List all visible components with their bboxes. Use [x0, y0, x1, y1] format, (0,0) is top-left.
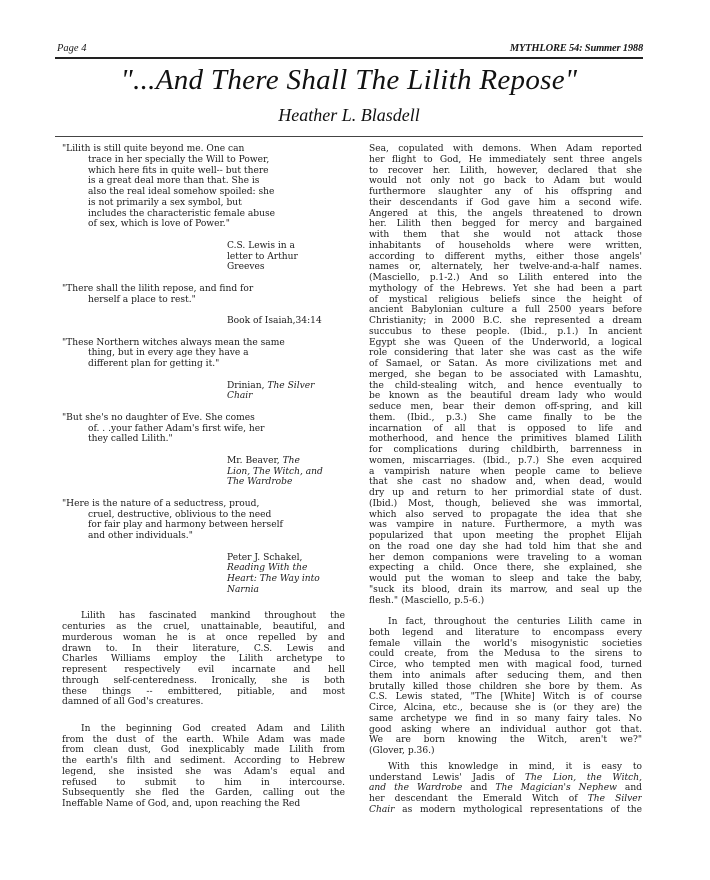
attribution-line: C.S. Lewis in a — [62, 241, 345, 252]
epigraph-line: includes the characteristic female abuse — [62, 209, 345, 220]
paragraph-line: With this knowledge in mind, it is easy … — [369, 762, 642, 773]
epigraph-attribution: Drinian, The SilverChair — [62, 381, 345, 403]
paragraph-line: popularized that upon meeting the prophe… — [369, 531, 642, 542]
italic-text: Reading With the — [227, 563, 307, 573]
paragraph-line: for complications during childbirth, bar… — [369, 445, 642, 456]
paragraph-line: her. Lilith then begged for mercy and ba… — [369, 219, 642, 230]
attribution-line: Lion, The Witch, and — [62, 467, 345, 478]
paragraph-line: C.S. Lewis stated, "The [White] Witch is… — [369, 692, 642, 703]
attribution-line: Peter J. Schakel, — [62, 553, 345, 564]
epigraph: "These Northern witches always mean the … — [62, 338, 345, 403]
paragraph-line: flesh." (Masciello, p.5-6.) — [369, 596, 642, 607]
text-run: Book of Isaiah,34:14 — [227, 316, 322, 326]
paragraph-line: and the Wardrobe and The Magician's Neph… — [369, 783, 642, 794]
text-run: and — [617, 783, 642, 793]
paragraph-line: Chair as modern mythological representat… — [369, 805, 642, 816]
body-paragraph: Lilith has fascinated mankind throughout… — [62, 611, 345, 708]
epigraph-line: "Here is the nature of a seductress, pro… — [62, 499, 345, 510]
italic-text: The Magician's Nephew — [495, 783, 616, 793]
paragraph-line: (Ibid.) Most, though, believed she was i… — [369, 499, 642, 510]
paragraph-line: refused to submit to him in intercourse. — [62, 778, 345, 789]
epigraph-line: which here fits in quite well-- but ther… — [62, 166, 345, 177]
italic-text: Chair — [227, 391, 253, 401]
paragraph-line: expecting a child. Once there, she expla… — [369, 563, 642, 574]
text-run: her descendant the Emerald Witch of — [369, 794, 588, 804]
paragraph-line: incarnation of all that is opposed to li… — [369, 424, 642, 435]
epigraph-line: "Lilith is still quite beyond me. One ca… — [62, 144, 345, 155]
body-paragraph: In the beginning God created Adam and Li… — [62, 724, 345, 810]
epigraph-attribution: C.S. Lewis in aletter to ArthurGreeves — [62, 241, 345, 273]
paragraph-line: Egypt she was Queen of the Underworld, a… — [369, 338, 642, 349]
paragraph-line: from clean dust, God inexplicably made L… — [62, 745, 345, 756]
paragraph-line: Sea, copulated with demons. When Adam re… — [369, 144, 642, 155]
paragraph-line: legend, she insisted she was Adam's equa… — [62, 767, 345, 778]
epigraph-line: "But she's no daughter of Eve. She comes — [62, 413, 345, 424]
right-column: Sea, copulated with demons. When Adam re… — [369, 144, 642, 816]
paragraph-line: succubus to these people. (Ibid., p.1.) … — [369, 327, 642, 338]
spacer — [62, 230, 345, 241]
paragraph-line: murderous woman he is at once repelled b… — [62, 633, 345, 644]
paragraph-line: In fact, throughout the centuries Lilith… — [369, 617, 642, 628]
paragraph-line: Charles Williams employ the Lilith arche… — [62, 654, 345, 665]
epigraph: "Here is the nature of a seductress, pro… — [62, 499, 345, 596]
paragraph-line: same archetype we find in so many fairy … — [369, 714, 642, 725]
text-run: Greeves — [227, 262, 265, 272]
paragraph-line: We are born knowing the Witch, aren't we… — [369, 735, 642, 746]
paragraph-line: "suck its blood, drain its marrow, and s… — [369, 585, 642, 596]
italic-text: Lion, The Witch, and — [227, 467, 323, 477]
header-rule — [55, 57, 643, 59]
paragraph-line: furthermore slaughter any of his offspri… — [369, 187, 642, 198]
paragraph-line: Circe, who tempted men with magical food… — [369, 660, 642, 671]
body-paragraph: Sea, copulated with demons. When Adam re… — [369, 144, 642, 606]
italic-text: Narnia — [227, 585, 259, 595]
paragraph-line: female villain the world's misogynistic … — [369, 639, 642, 650]
epigraph-attribution: Peter J. Schakel,Reading With theHeart: … — [62, 553, 345, 596]
attribution-line: Narnia — [62, 585, 345, 596]
paragraph-line: a vampirish nature when people came to b… — [369, 467, 642, 478]
text-run: Peter J. Schakel, — [227, 553, 302, 563]
text-run: Drinian, — [227, 381, 267, 391]
paragraph-line: drawn to. In their literature, C.S. Lewi… — [62, 644, 345, 655]
text-run: Mr. Beaver, — [227, 456, 283, 466]
spacer — [62, 445, 345, 456]
paragraph-line: Angered at this, the angels threatened t… — [369, 209, 642, 220]
attribution-line: Book of Isaiah,34:14 — [62, 316, 345, 327]
paragraph-line: from the dust of the earth. While Adam w… — [62, 735, 345, 746]
epigraph-line: herself a place to rest." — [62, 295, 345, 306]
italic-text: The Wardrobe — [227, 477, 292, 487]
article-author: Heather L. Blasdell — [55, 101, 643, 129]
spacer — [62, 708, 345, 719]
attribution-line: Mr. Beaver, The — [62, 456, 345, 467]
attribution-line: Reading With the — [62, 563, 345, 574]
epigraph-line: "There shall the lilith repose, and find… — [62, 284, 345, 295]
epigraph-line: different plan for getting it." — [62, 359, 345, 370]
spacer — [62, 327, 345, 338]
paragraph-line: which also served to propagate the idea … — [369, 510, 642, 521]
attribution-line: Chair — [62, 391, 345, 402]
paragraph-line: her demon companions were traveling to a… — [369, 553, 642, 564]
epigraph-attribution: Book of Isaiah,34:14 — [62, 316, 345, 327]
spacer — [62, 542, 345, 553]
paragraph-line: dry up and return to her primordial stat… — [369, 488, 642, 499]
epigraph-line: is not primarily a sex symbol, but — [62, 198, 345, 209]
paragraph-line: Ineffable Name of God, and, upon reachin… — [62, 799, 345, 810]
spacer — [369, 606, 642, 617]
paragraph-line: them. (Ibid., p.3.) She came finally to … — [369, 413, 642, 424]
epigraph-line: also the real ideal somehow spoiled: she — [62, 187, 345, 198]
paragraph-line: would not only not go back to Adam but w… — [369, 176, 642, 187]
text-run: letter to Arthur — [227, 252, 298, 262]
attribution-line: Heart: The Way into — [62, 574, 345, 585]
paragraph-line: would put the woman to sleep and take th… — [369, 574, 642, 585]
spacer — [62, 596, 345, 607]
text-run: With this knowledge in mind, it is easy … — [388, 762, 642, 772]
text-run: and — [462, 783, 495, 793]
paragraph-line: In the beginning God created Adam and Li… — [62, 724, 345, 735]
italic-text: and the Wardrobe — [369, 783, 462, 793]
paragraph-line: brutally killed those children she bore … — [369, 682, 642, 693]
epigraph-line: cruel, destructive, oblivious to the nee… — [62, 510, 345, 521]
paragraph-line: through self-centeredness. Ironically, s… — [62, 676, 345, 687]
journal-issue: MYTHLORE 54: Summer 1988 — [510, 43, 643, 54]
paragraph-line: Christianity; in 2000 B.C. she represent… — [369, 316, 642, 327]
paragraph-line: mythology of the Hebrews. Yet she had be… — [369, 284, 642, 295]
epigraph-line: they called Lilith." — [62, 434, 345, 445]
paragraph-line: role considering that later she was cast… — [369, 348, 642, 359]
epigraph-line: is a great deal more than that. She is — [62, 176, 345, 187]
italic-text: The — [283, 456, 300, 466]
paragraph-line: centuries as the cruel, unattainable, be… — [62, 622, 345, 633]
attribution-line: Drinian, The Silver — [62, 381, 345, 392]
paragraph-line: on the road one day she had told him tha… — [369, 542, 642, 553]
body-paragraph: In fact, throughout the centuries Lilith… — [369, 617, 642, 757]
spacer — [62, 305, 345, 316]
spacer — [62, 488, 345, 499]
spacer — [62, 402, 345, 413]
paragraph-line: to recover her. Lilith, however, declare… — [369, 166, 642, 177]
paragraph-line: with them that she would not attack thos… — [369, 230, 642, 241]
spacer — [62, 370, 345, 381]
paragraph-line: these things -- embittered, pitiable, an… — [62, 687, 345, 698]
paragraph-line: represent respectively evil incarnate an… — [62, 665, 345, 676]
italic-text: The Silver — [588, 794, 642, 804]
epigraph-line: thing, but in every age they have a — [62, 348, 345, 359]
paragraph-line: merged, she began to be associated with … — [369, 370, 642, 381]
paragraph-line: their descendants if God gave him a seco… — [369, 198, 642, 209]
paragraph-line: names or, alternately, her twelve-and-a-… — [369, 262, 642, 273]
italic-text: Chair — [369, 805, 395, 815]
paragraph-line: women, miscarriages. (Ibid., p.7.) She e… — [369, 456, 642, 467]
paragraph-line: understand Lewis' Jadis of The Lion, the… — [369, 773, 642, 784]
epigraph-line: for fair play and harmony between hersel… — [62, 520, 345, 531]
page-number: Page 4 — [57, 43, 86, 54]
paragraph-line: both legend and literature to encompass … — [369, 628, 642, 639]
title-rule — [55, 136, 643, 137]
paragraph-line: the earth's filth and sediment. Accordin… — [62, 756, 345, 767]
epigraph: "Lilith is still quite beyond me. One ca… — [62, 144, 345, 273]
paragraph-line: (Masciello, p.1-2.) And so Lilith entere… — [369, 273, 642, 284]
epigraph-attribution: Mr. Beaver, TheLion, The Witch, andThe W… — [62, 456, 345, 488]
epigraph: "But she's no daughter of Eve. She comes… — [62, 413, 345, 488]
epigraph-line: trace in her specially the Will to Power… — [62, 155, 345, 166]
paragraph-line: her flight to God, He immediately sent t… — [369, 155, 642, 166]
paragraph-line: of mystical religious beliefs since the … — [369, 295, 642, 306]
italic-text: Heart: The Way into — [227, 574, 320, 584]
paragraph-line: Lilith has fascinated mankind throughout… — [62, 611, 345, 622]
attribution-line: The Wardrobe — [62, 477, 345, 488]
paragraph-line: damned of all God's creatures. — [62, 697, 345, 708]
epigraph: "There shall the lilith repose, and find… — [62, 284, 345, 327]
attribution-line: letter to Arthur — [62, 252, 345, 263]
paragraph-line: them into animals after seducing them, a… — [369, 671, 642, 682]
epigraph-line: and other individuals." — [62, 531, 345, 542]
epigraph-line: "These Northern witches always mean the … — [62, 338, 345, 349]
paragraph-line: could create, from the Medusa to the sir… — [369, 649, 642, 660]
paragraph-line: be known as the beautiful dream lady who… — [369, 391, 642, 402]
italic-text: The Silver — [267, 381, 314, 391]
paragraph-line: the child-stealing witch, and hence even… — [369, 381, 642, 392]
spacer — [62, 273, 345, 284]
paragraph-line: Subsequently she fled the Garden, callin… — [62, 788, 345, 799]
running-head: Page 4 MYTHLORE 54: Summer 1988 — [55, 43, 643, 57]
paragraph-line: motherhood, and hence the primitives bla… — [369, 434, 642, 445]
article-title: "...And There Shall The Lilith Repose" — [55, 60, 643, 100]
paragraph-line: (Glover, p.36.) — [369, 746, 642, 757]
left-column: "Lilith is still quite beyond me. One ca… — [62, 144, 345, 810]
paragraph-line: was vampire in nature. Furthermore, a my… — [369, 520, 642, 531]
text-run: C.S. Lewis in a — [227, 241, 295, 251]
paragraph-line: ancient Babylonian culture a full 2500 y… — [369, 305, 642, 316]
italic-text: The Lion, the Witch, — [525, 773, 642, 783]
paragraph-line: her descendant the Emerald Witch of The … — [369, 794, 642, 805]
paragraph-line: good asking where an individual author g… — [369, 725, 642, 736]
paragraph-line: that she cast no shadow and, when dead, … — [369, 477, 642, 488]
epigraph-line: of. . .your father Adam's first wife, he… — [62, 424, 345, 435]
paragraph-line: of Samael, or Satan. As more civilizatio… — [369, 359, 642, 370]
epigraph-line: of sex, which is love of Power." — [62, 219, 345, 230]
text-run: understand Lewis' Jadis of — [369, 773, 525, 783]
paragraph-line: inhabitants of households where were wri… — [369, 241, 642, 252]
attribution-line: Greeves — [62, 262, 345, 273]
paragraph-line: seduce men, bear their demon off-spring,… — [369, 402, 642, 413]
paragraph-line: according to different myths, either tho… — [369, 252, 642, 263]
text-run: as modern mythological representations o… — [395, 805, 643, 815]
body-paragraph: With this knowledge in mind, it is easy … — [369, 762, 642, 816]
paragraph-line: Circe, Alcina, etc., because she is (or … — [369, 703, 642, 714]
